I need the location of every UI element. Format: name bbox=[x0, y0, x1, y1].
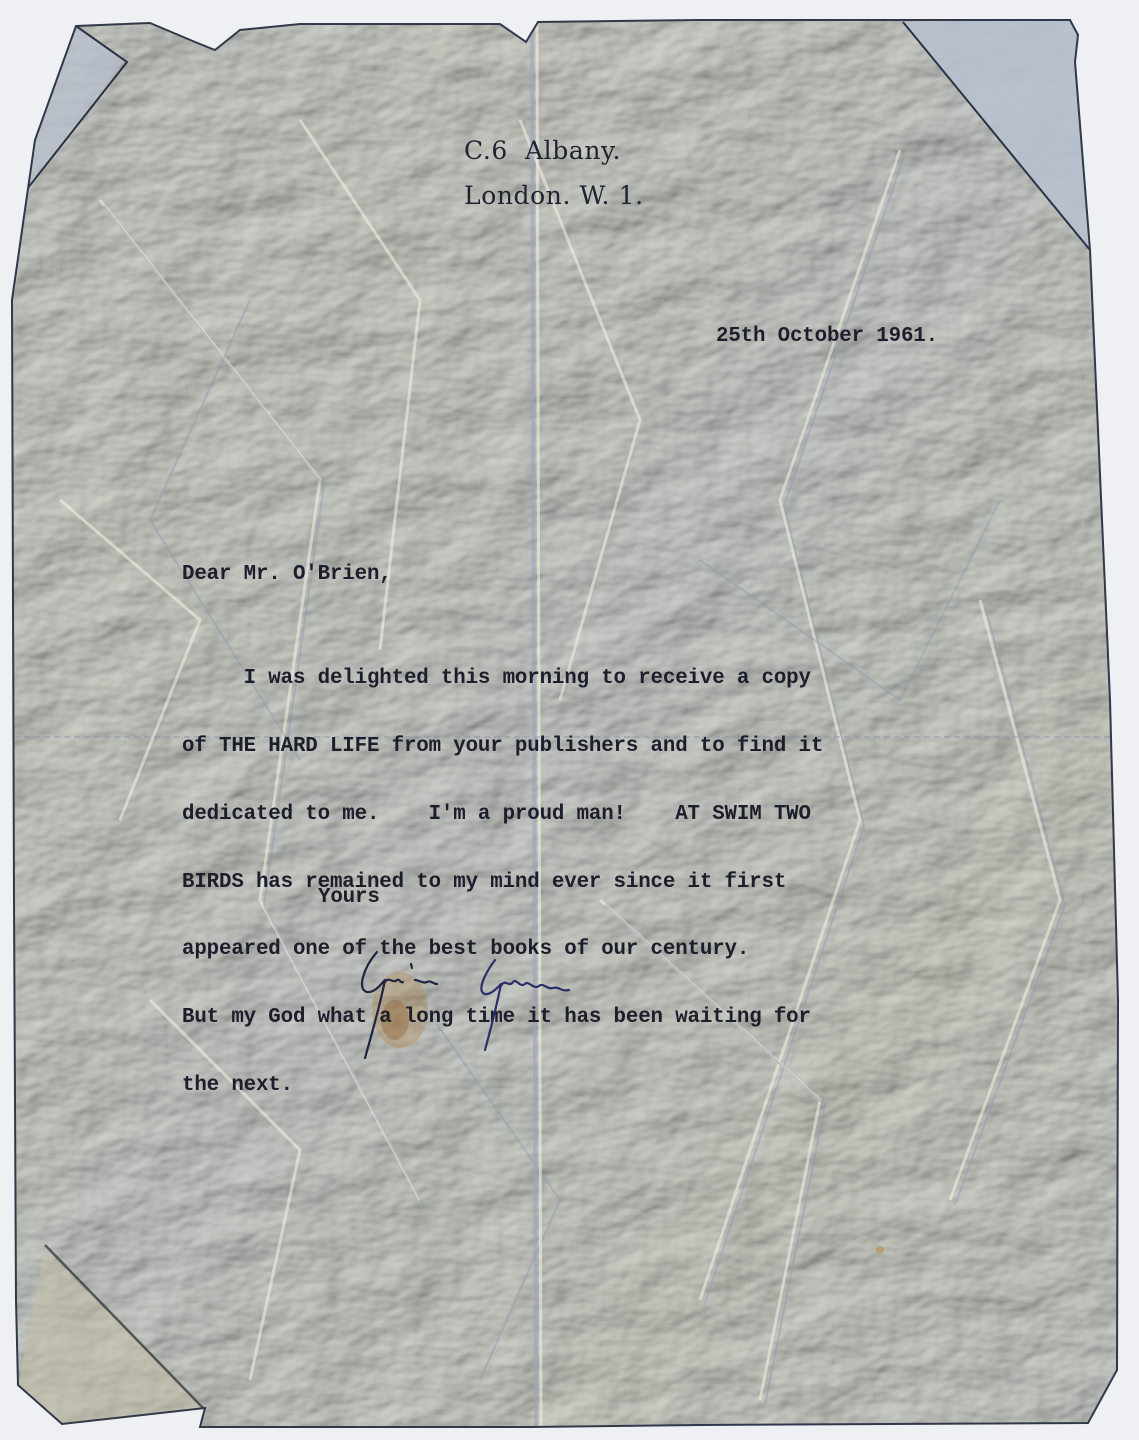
letterhead-line-2: London. W. 1. bbox=[464, 173, 644, 218]
letter-photo: C.6 Albany. London. W. 1. 25th October 1… bbox=[0, 0, 1139, 1440]
closing: Yours bbox=[318, 886, 380, 909]
body-line: the next. bbox=[182, 1075, 823, 1098]
letter-content: C.6 Albany. London. W. 1. 25th October 1… bbox=[0, 0, 1139, 1440]
letter-date: 25th October 1961. bbox=[716, 325, 938, 348]
body-line: I was delighted this morning to receive … bbox=[182, 668, 823, 691]
letterhead-address: C.6 Albany. London. W. 1. bbox=[464, 128, 644, 218]
body-line: dedicated to me. I'm a proud man! AT SWI… bbox=[182, 804, 823, 827]
body-line: BIRDS has remained to my mind ever since… bbox=[182, 872, 823, 895]
letterhead-line-1: C.6 Albany. bbox=[464, 128, 644, 173]
salutation: Dear Mr. O'Brien, bbox=[182, 563, 392, 586]
body-line: of THE HARD LIFE from your publishers an… bbox=[182, 736, 823, 759]
handwritten-signature bbox=[355, 940, 595, 1070]
